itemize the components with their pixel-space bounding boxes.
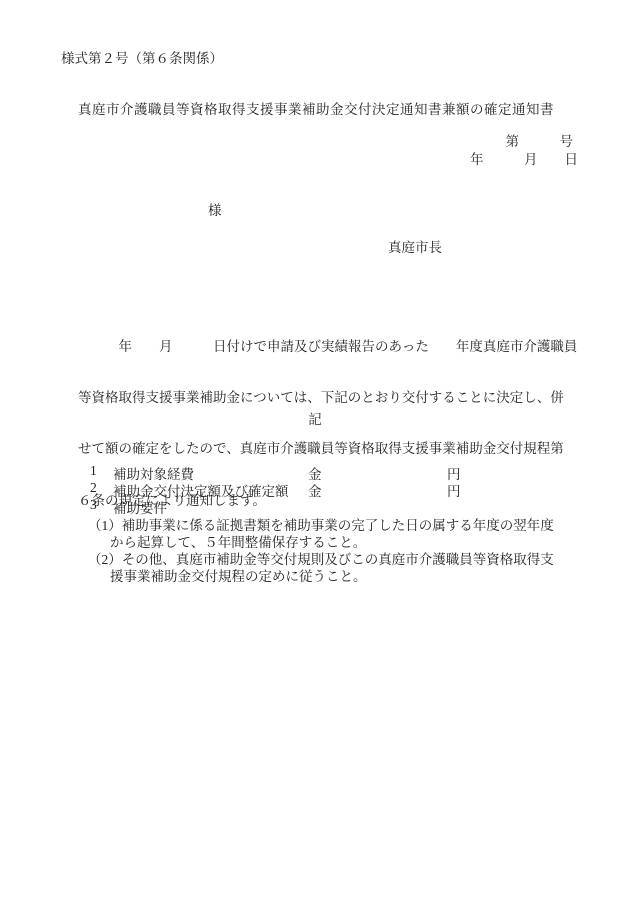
sender-name: 真庭市長: [388, 239, 442, 256]
section-marker-ki: 記: [0, 411, 630, 428]
form-number: 様式第２号（第６条関係）: [61, 50, 223, 67]
item-number: 3: [90, 497, 97, 513]
notice-document-page: 様式第２号（第６条関係） 真庭市介護職員等資格取得支援事業補助金交付決定通知書兼…: [0, 0, 630, 903]
document-number-line: 第 号: [506, 133, 574, 150]
item-number: 2: [90, 480, 97, 496]
addressee-honorific: 様: [208, 202, 222, 219]
date-line: 年 月 日: [470, 151, 578, 168]
note-line: （2）その他、真庭市補助金等交付規則及びこの真庭市介護職員等資格取得支: [88, 551, 554, 568]
document-title: 真庭市介護職員等資格取得支援事業補助金交付決定通知書兼額の確定通知書: [78, 101, 554, 118]
item-label: 補助要件: [113, 497, 167, 517]
note-line: から起算して、５年間整備保存すること。: [110, 534, 366, 551]
note-line: （1）補助事業に係る証拠書類を補助事業の完了した日の属する年度の翌年度: [88, 517, 554, 534]
body-line: せて額の確定をしたので、真庭市介護職員等資格取得支援事業補助金交付規程第: [78, 440, 578, 457]
body-line: 等資格取得支援事業補助金については、下記のとおり交付することに決定し、併: [78, 389, 578, 406]
item-number: 1: [90, 463, 97, 479]
note-line: 援事業補助金交付規程の定めに従うこと。: [110, 568, 367, 585]
item-row-subsidy-expense: 1 補助対象経費 金 円: [0, 463, 630, 480]
body-line: 年 月 日付けで申請及び実績報告のあった 年度真庭市介護職員: [78, 338, 578, 355]
item-row-grant-decision-amount: 2 補助金交付決定額及び確定額 金 円: [0, 480, 630, 497]
item-row-subsidy-conditions: 3 補助要件: [0, 497, 630, 514]
